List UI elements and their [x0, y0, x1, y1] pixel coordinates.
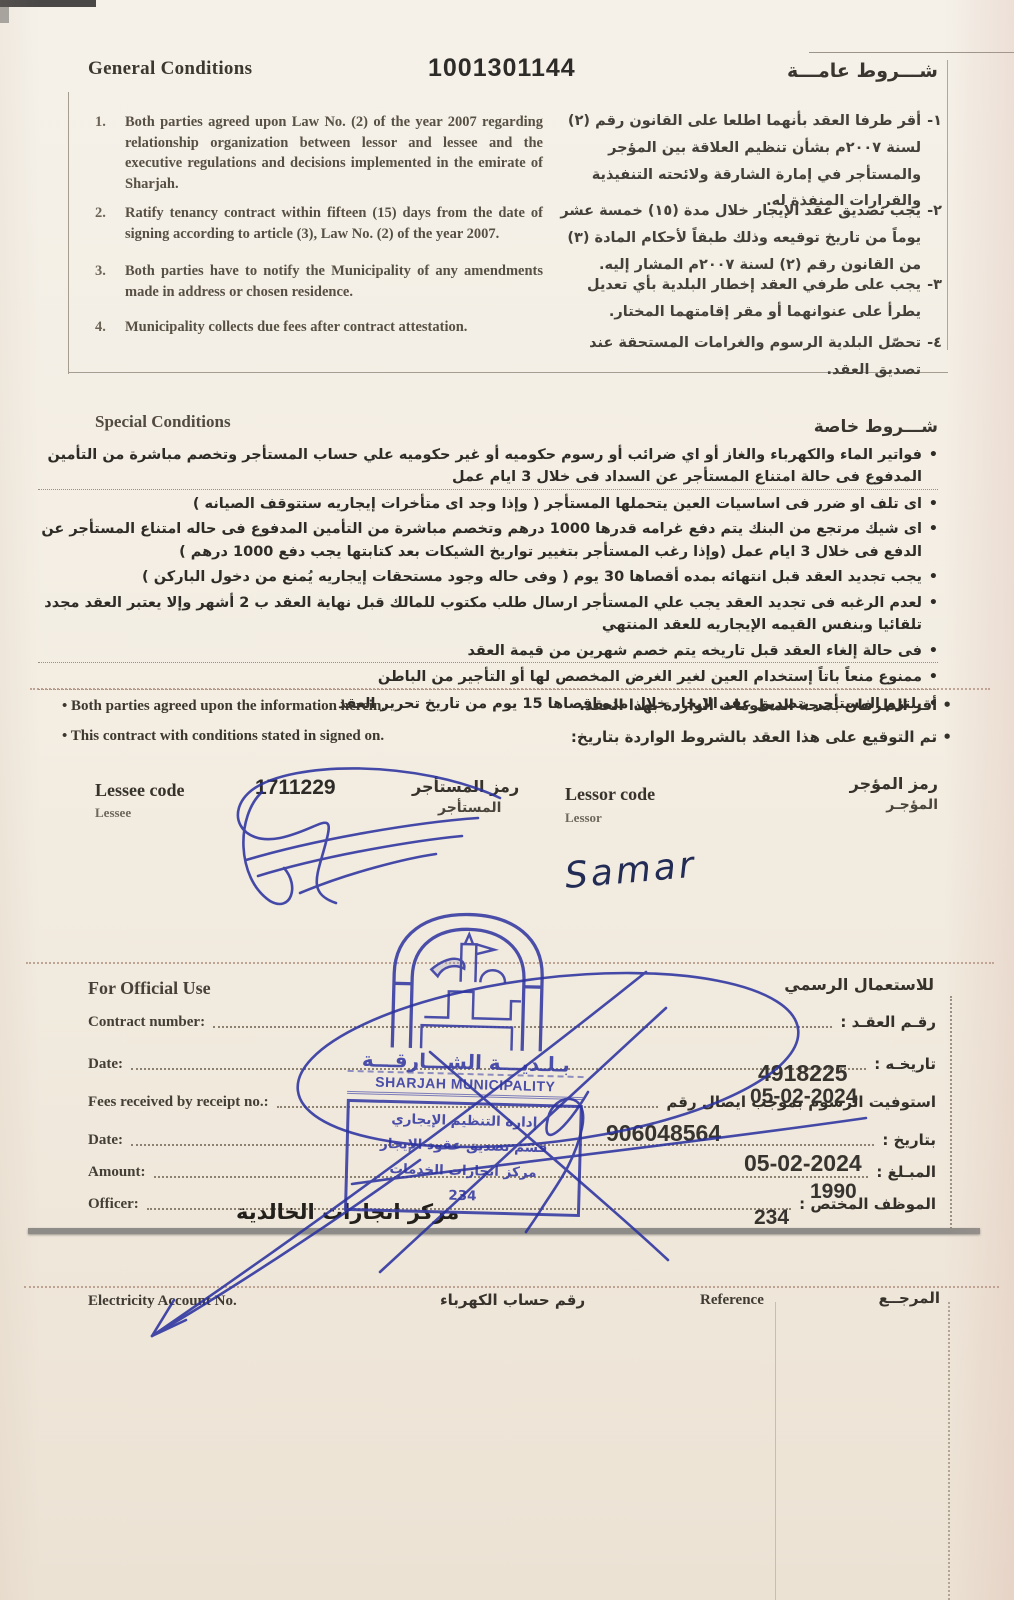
gc-item-text: Municipality collects due fees after con…	[125, 317, 467, 338]
gc-item-en-4: 4. Municipality collects due fees after …	[95, 317, 543, 338]
stamp-dept-number: 234	[349, 1181, 576, 1212]
agreement-statement-ar-2: تم التوقيع على هذا العقد بالشروط الواردة…	[571, 728, 952, 746]
scan-smudge-dot	[0, 7, 9, 23]
special-condition-item: ممنوع منعاً باتاً إستخدام العين لغير الغ…	[38, 666, 938, 689]
special-conditions-list: فواتير الماء والكهرباء والغاز أو اي ضرائ…	[38, 444, 938, 718]
lessor-code-label-ar: رمز المؤجر	[850, 774, 938, 793]
printed-officer-code: 234	[754, 1206, 789, 1230]
special-condition-item: يجب تجديد العقد قبل انتهائه بمده أقصاها …	[38, 566, 938, 588]
field-label-en: Date:	[88, 1056, 123, 1073]
field-label-ar: رقـم العقـد :	[840, 1013, 936, 1031]
page-title-en: General Conditions	[88, 58, 252, 80]
lessee-label-ar: المستأجر	[438, 800, 501, 816]
electricity-account-label-ar: رقم حساب الكهرباء	[440, 1291, 585, 1309]
field-label-en: Fees received by receipt no.:	[88, 1094, 269, 1111]
gc-item-ar-3: ٣- يجب على طرفي العقد إخطار البلدية بأي …	[550, 272, 942, 326]
gc-item-ar-2: ٢- يجب تصديق عقد الإيجار خلال مدة (١٥) خ…	[550, 198, 942, 278]
field-label-en: Amount:	[88, 1164, 146, 1181]
gc-item-number: 4.	[95, 317, 125, 338]
gc-item-text: Ratify tenancy contract within fifteen (…	[125, 203, 543, 244]
section-divider	[24, 1286, 999, 1288]
field-label-en: Officer:	[88, 1196, 139, 1213]
gc-item-ar-4: ٤- تحصّل البلدية الرسوم والغرامات المستح…	[550, 330, 942, 384]
gc-item-number: 2.	[95, 203, 125, 244]
lessee-code-label-ar: رمز المستأجر	[412, 777, 519, 796]
page-title-ar: شـــروط عامـــة	[787, 60, 938, 82]
gc-item-text: تحصّل البلدية الرسوم والغرامات المستحقة …	[550, 330, 921, 384]
footer-column-rule	[775, 1302, 776, 1600]
lessee-code-label: Lessee code	[95, 780, 184, 801]
printed-date-1: 05-02-2024	[750, 1085, 857, 1109]
electricity-account-label-en: Electricity Account No.	[88, 1293, 237, 1310]
lessee-code-value: 1711229	[255, 776, 336, 800]
lessor-label: Lessor	[565, 810, 602, 826]
gc-item-number: ٣-	[927, 272, 942, 326]
gc-item-en-3: 3. Both parties have to notify the Munic…	[95, 261, 543, 302]
stamp-arch-emblem-icon	[371, 901, 565, 1054]
gc-item-number: ٤-	[927, 330, 942, 384]
scan-smudge	[0, 0, 96, 7]
special-condition-item: فواتير الماء والكهرباء والغاز أو اي ضرائ…	[38, 444, 938, 490]
gc-item-en-1: 1. Both parties agreed upon Law No. (2) …	[95, 112, 543, 194]
special-condition-item: اى تلف او ضرر فى اساسيات العين يتحملها ا…	[38, 493, 938, 515]
gc-item-number: 1.	[95, 112, 125, 194]
frame-line-right	[947, 60, 948, 350]
special-conditions-title-ar: شـــروط خاصة	[814, 417, 938, 437]
contract-number: 1001301144	[428, 54, 576, 83]
gc-item-en-2: 2. Ratify tenancy contract within fiftee…	[95, 203, 543, 244]
agreement-statement-en-2: This contract with conditions stated in …	[62, 728, 384, 745]
scanned-tenancy-contract-page: General Conditions 1001301144 شـــروط عا…	[0, 0, 1014, 1600]
field-label-ar: المبـلغ :	[876, 1163, 936, 1181]
field-label-ar: بتاريخ :	[882, 1131, 936, 1149]
frame-line-left	[68, 92, 69, 374]
section-divider	[30, 688, 990, 690]
printed-reference-number: 906048564	[606, 1120, 721, 1147]
lessor-signature-text: Samar	[563, 845, 698, 897]
stamp-department-box: إدارة التنظيم الإيجاري قسم تصديق عقود ال…	[344, 1099, 583, 1217]
field-label-ar: تاريخـه :	[874, 1055, 936, 1073]
field-label-en: Contract number:	[88, 1014, 205, 1031]
official-use-title-ar: للاستعمال الرسمي	[784, 975, 934, 994]
header-rule	[809, 52, 1014, 53]
stamp-municipality-name-ar: بـلـديـــة الشـــارقـــة	[348, 1048, 584, 1076]
special-condition-item: فى حالة إلغاء العقد قبل تاريخه يتم خصم ش…	[38, 640, 938, 663]
official-use-right-rule	[950, 996, 952, 1232]
footer-column-rule-dotted	[948, 1302, 950, 1600]
special-condition-item: لعدم الرغبه فى تجديد العقد يجب علي المست…	[38, 592, 938, 637]
official-use-title-en: For Official Use	[88, 978, 211, 999]
thick-divider-bar	[28, 1228, 980, 1234]
lessor-code-label: Lessor code	[565, 784, 655, 805]
lessor-label-ar: المؤجـر	[886, 797, 938, 813]
agreement-statement-en-1: Both parties agreed upon the information…	[62, 698, 385, 715]
lessee-label: Lessee	[95, 805, 131, 821]
special-condition-item: اى شيك مرتجع من البنك يتم دفع غرامه قدره…	[38, 518, 938, 563]
field-label-en: Date:	[88, 1132, 123, 1149]
gc-item-number: ٢-	[927, 198, 942, 278]
reference-label-en: Reference	[700, 1292, 764, 1309]
gc-item-text: Both parties agreed upon Law No. (2) of …	[125, 112, 543, 194]
gc-item-text: Both parties have to notify the Municipa…	[125, 261, 543, 302]
gc-item-number: 3.	[95, 261, 125, 302]
gc-item-text: يجب تصديق عقد الإيجار خلال مدة (١٥) خمسة…	[550, 198, 921, 278]
reference-label-ar: المرجــع	[879, 1289, 940, 1307]
agreement-statement-ar-1: أقر الطرفان بصحة المعلومات الواردة بهذا …	[579, 696, 952, 714]
municipality-stamp: بـلـديـــة الشـــارقـــة SHARJAH MUNICIP…	[344, 900, 588, 1217]
printed-receipt-number: 4918225	[758, 1060, 848, 1087]
special-conditions-title-en: Special Conditions	[95, 412, 231, 432]
gc-item-text: يجب على طرفي العقد إخطار البلدية بأي تعد…	[550, 272, 921, 326]
printed-date-2: 05-02-2024	[744, 1150, 862, 1177]
printed-amount: 1990	[810, 1180, 857, 1204]
